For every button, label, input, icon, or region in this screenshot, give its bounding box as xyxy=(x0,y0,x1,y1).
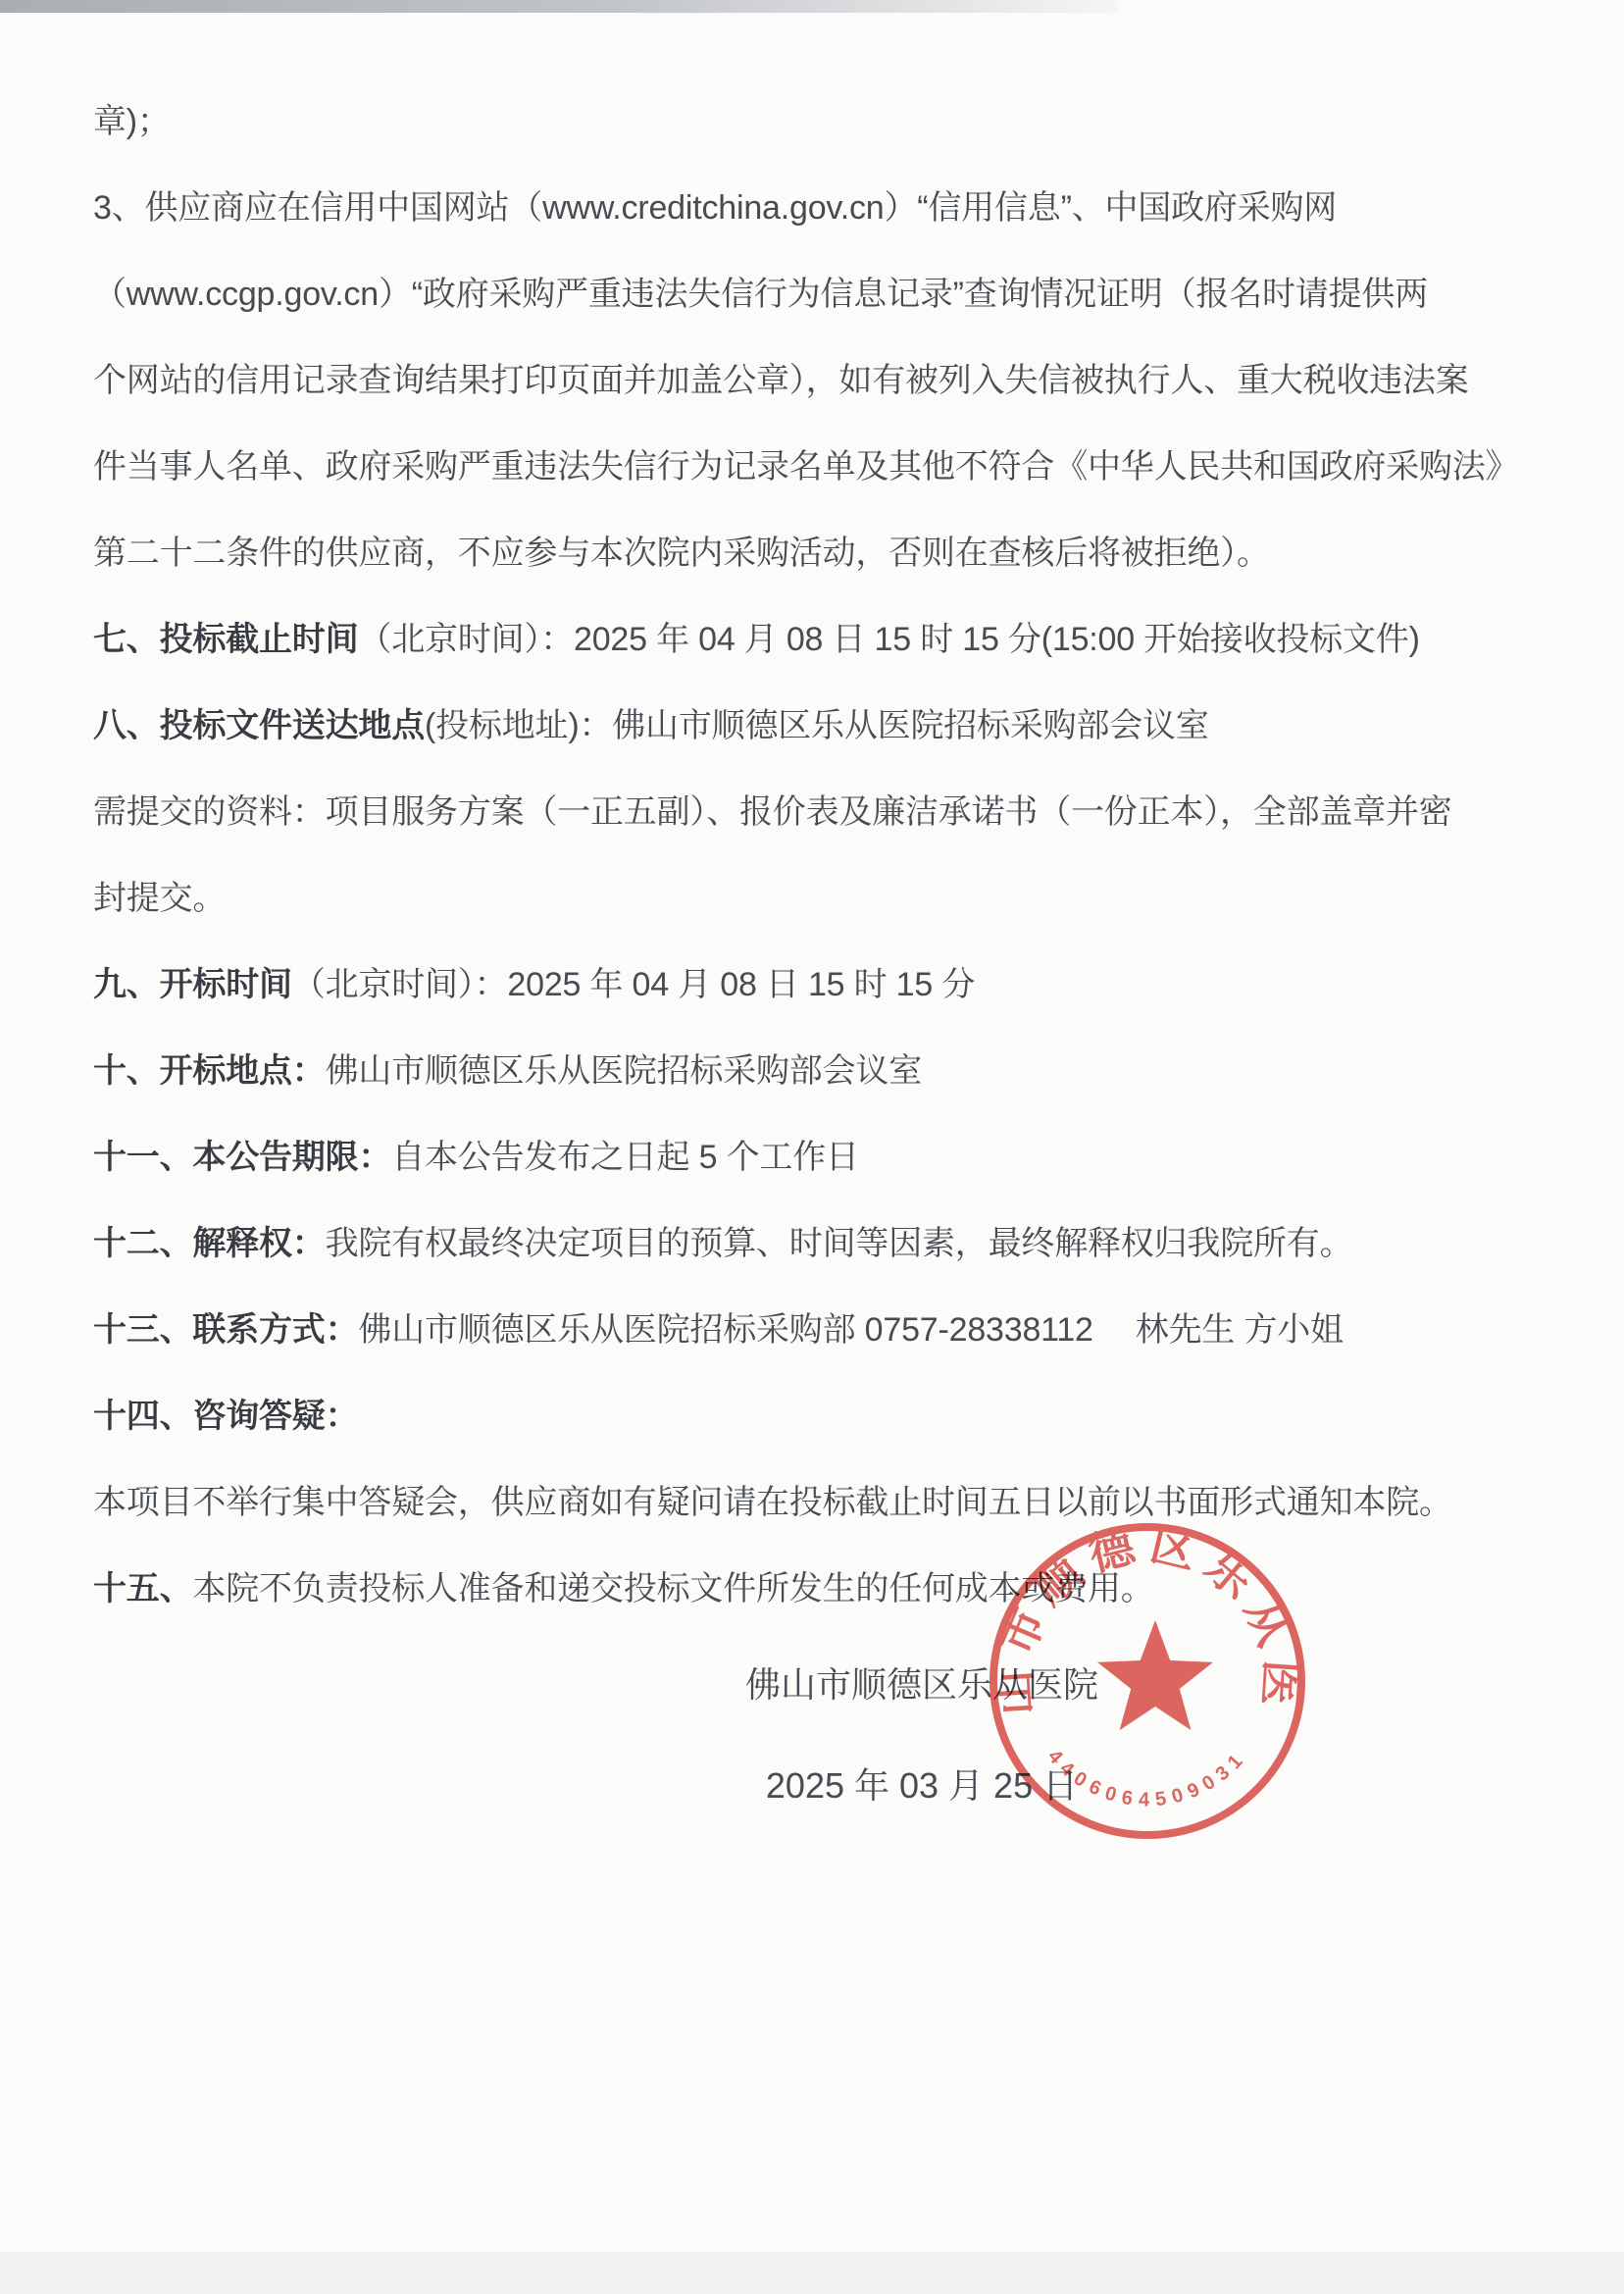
document-body: 章)； 3、供应商应在信用中国网站（www.creditchina.gov.cn… xyxy=(93,94,1496,1648)
official-red-stamp: 佛山市顺德区乐从医院 4406064509031 xyxy=(979,1510,1316,1854)
scan-artifact-top xyxy=(0,0,1118,13)
line-text: 章)； xyxy=(93,103,171,140)
line-text: 3、供应商应在信用中国网站（www.creditchina.gov.cn）“信用… xyxy=(93,189,1337,227)
line-text: 佛山市顺德区乐从医院招标采购部 0757-28338112 林先生 方小姐 xyxy=(358,1311,1343,1349)
line-text: 自本公告发布之日起 5 个工作日 xyxy=(391,1139,859,1176)
section-heading: 十二、解释权： xyxy=(93,1225,326,1262)
line-text: 件当事人名单、政府采购严重违法失信行为记录名单及其他不符合《中华人民共和国政府采… xyxy=(93,448,1518,485)
section-heading: 十三、联系方式： xyxy=(93,1311,358,1349)
line-text: （www.ccgp.gov.cn）“政府采购严重违法失信行为信息记录”查询情况证… xyxy=(93,276,1428,313)
text-line: 章)； xyxy=(93,94,1496,180)
text-line: 封提交。 xyxy=(93,871,1496,957)
text-line: 需提交的资料：项目服务方案（一正五副）、报价表及廉洁承诺书（一份正本），全部盖章… xyxy=(93,785,1496,871)
line-text: 需提交的资料：项目服务方案（一正五副）、报价表及廉洁承诺书（一份正本），全部盖章… xyxy=(93,793,1452,831)
svg-text:4406064509031: 4406064509031 xyxy=(1043,1746,1251,1810)
section-interpretation: 十二、解释权：我院有权最终决定项目的预算、时间等因素，最终解释权归我院所有。 xyxy=(93,1216,1496,1302)
section-opening-time: 九、开标时间（北京时间）：2025 年 04 月 08 日 15 时 15 分 xyxy=(93,957,1496,1044)
stamp-star-icon xyxy=(1097,1620,1213,1730)
text-line: 个网站的信用记录查询结果打印页面并加盖公章），如有被列入失信被执行人、重大税收违… xyxy=(93,353,1496,439)
section-heading: 十五、 xyxy=(93,1570,192,1607)
line-text: 佛山市顺德区乐从医院招标采购部会议室 xyxy=(326,1052,922,1090)
line-text: 第二十二条件的供应商，不应参与本次院内采购活动，否则在查核后将被拒绝）。 xyxy=(93,535,1270,572)
document-page: 章)； 3、供应商应在信用中国网站（www.creditchina.gov.cn… xyxy=(0,0,1624,2294)
line-text: 封提交。 xyxy=(93,880,226,917)
section-delivery-place: 八、投标文件送达地点(投标地址)：佛山市顺德区乐从医院招标采购部会议室 xyxy=(93,698,1496,785)
text-line: 第二十二条件的供应商，不应参与本次院内采购活动，否则在查核后将被拒绝）。 xyxy=(93,526,1496,612)
section-heading: 十四、咨询答疑： xyxy=(93,1398,358,1435)
line-text: 我院有权最终决定项目的预算、时间等因素，最终解释权归我院所有。 xyxy=(326,1225,1353,1262)
line-text: （北京时间）：2025 年 04 月 08 日 15 时 15 分 xyxy=(292,966,975,1003)
section-heading: 七、投标截止时间 xyxy=(93,621,358,658)
text-line: 3、供应商应在信用中国网站（www.creditchina.gov.cn）“信用… xyxy=(93,180,1496,267)
line-text: （北京时间）：2025 年 04 月 08 日 15 时 15 分(15:00 … xyxy=(358,621,1419,658)
text-line: （www.ccgp.gov.cn）“政府采购严重违法失信行为信息记录”查询情况证… xyxy=(93,267,1496,353)
line-text: 个网站的信用记录查询结果打印页面并加盖公章），如有被列入失信被执行人、重大税收违… xyxy=(93,362,1469,399)
section-bid-deadline: 七、投标截止时间（北京时间）：2025 年 04 月 08 日 15 时 15 … xyxy=(93,612,1496,698)
line-text: (投标地址)：佛山市顺德区乐从医院招标采购部会议室 xyxy=(425,707,1209,744)
section-qa: 十四、咨询答疑： xyxy=(93,1389,1496,1475)
section-opening-place: 十、开标地点：佛山市顺德区乐从医院招标采购部会议室 xyxy=(93,1044,1496,1130)
section-heading: 十、开标地点： xyxy=(93,1052,326,1090)
section-heading: 八、投标文件送达地点 xyxy=(93,707,425,744)
section-notice-period: 十一、本公告期限：自本公告发布之日起 5 个工作日 xyxy=(93,1130,1496,1216)
scan-artifact-bottom xyxy=(0,2252,1624,2294)
section-heading: 十一、本公告期限： xyxy=(93,1139,391,1176)
text-line: 件当事人名单、政府采购严重违法失信行为记录名单及其他不符合《中华人民共和国政府采… xyxy=(93,439,1496,526)
stamp-serial-number: 4406064509031 xyxy=(1043,1746,1251,1810)
section-heading: 九、开标时间 xyxy=(93,966,292,1003)
section-contact: 十三、联系方式：佛山市顺德区乐从医院招标采购部 0757-28338112 林先… xyxy=(93,1302,1496,1389)
